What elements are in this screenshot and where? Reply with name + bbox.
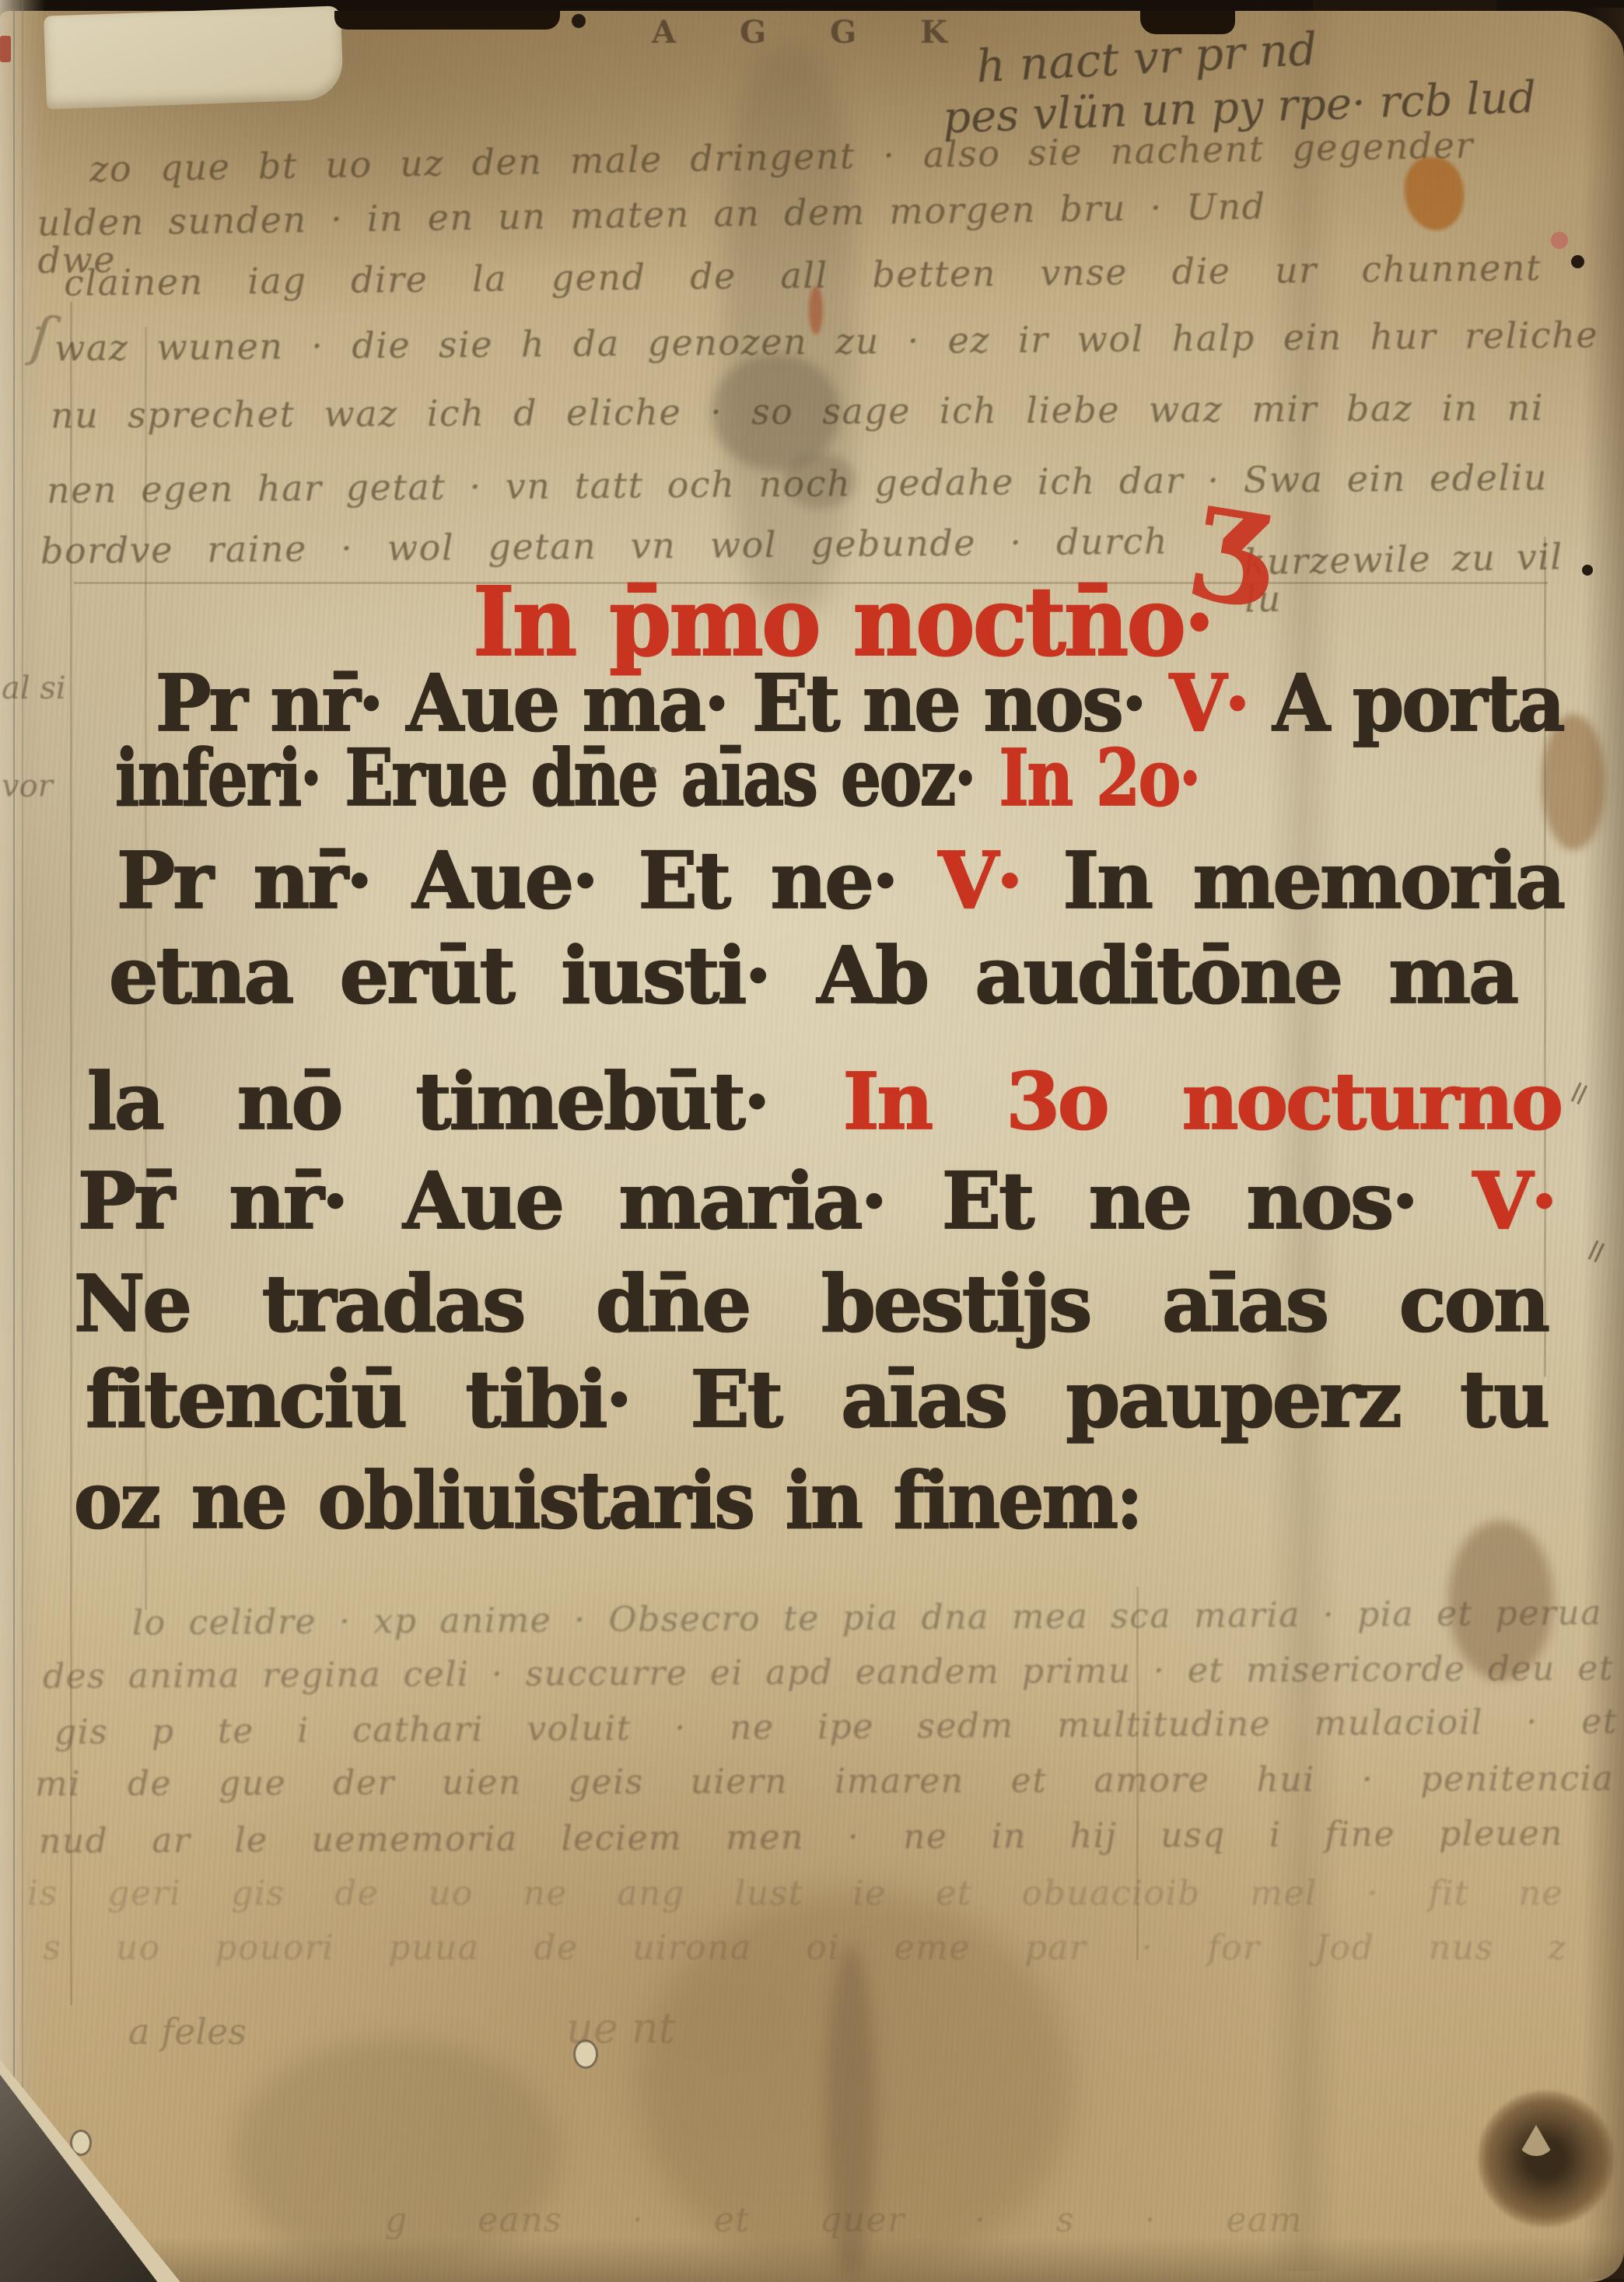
margin-scrap: vor — [2, 768, 53, 804]
faded-cursive-line: bordve raine · wol getan vn wol gebunde … — [40, 523, 1168, 570]
office-segment: A porta — [1272, 657, 1563, 749]
office-text-line: la nō timebūt· In 3o nocturno — [87, 1059, 1561, 1143]
faded-cursive-line: kurzewile zu vil lu — [1244, 537, 1564, 618]
lower-cursive-line: is geri gis de uo ne ang lust ie et obua… — [27, 1876, 1563, 1912]
repair-patch-top-left — [44, 5, 344, 109]
office-text-line: etna erūt iusti· Ab auditōne ma — [109, 933, 1517, 1017]
dark-blotch-bottom-right — [1478, 2091, 1614, 2227]
bottom-scrap: ue nt — [566, 2004, 675, 2053]
rubric-inline: In 3o nocturno — [843, 1055, 1561, 1147]
office-segment: Pr̄ nr̄· Aue maria· Et ne nos· — [78, 1155, 1416, 1247]
lower-cursive-line: des anima regina celi · succurre ei apd … — [43, 1651, 1614, 1696]
manuscript-photo: { "colors": { "parchment_mid": "#cdbb95"… — [0, 0, 1624, 2282]
bottom-scrap: a feles — [128, 2011, 247, 2053]
office-text-line: Pr nr̄· Aue· Et ne· V· In memoria — [117, 838, 1563, 922]
lower-cursive-line: mi de gue der uien geis uiern imaren et … — [35, 1761, 1614, 1802]
office-text-line: inferi· Erue dn̄e aīas eoz· In 2o· — [115, 736, 1199, 820]
office-segment: fitenciū tibi· Et aīas pauperz tu — [86, 1353, 1548, 1445]
office-text-line: fitenciū tibi· Et aīas pauperz tu — [86, 1357, 1548, 1441]
office-segment: oz ne obliuistaris in finem: — [74, 1454, 1141, 1546]
rubric-heading: In p̄mo noctn̄o· — [473, 574, 1213, 669]
wormhole — [1582, 565, 1593, 576]
binding-crease-line — [22, 0, 23, 2282]
bottom-faint-line: g eans · et quer · s · eam — [385, 2203, 1303, 2238]
office-text-line: oz ne obliuistaris in finem: — [74, 1458, 1141, 1542]
margin-scrap: al si — [2, 670, 66, 706]
office-segment: In memoria — [1062, 835, 1563, 926]
lower-cursive-line: nud ar le uememoria leciem men · ne in h… — [39, 1816, 1563, 1860]
office-segment: etna erūt iusti· Ab auditōne ma — [109, 929, 1517, 1021]
binding-crease-line — [13, 0, 15, 2282]
lower-cursive-line: s uo pouori puua de uirona oi eme par · … — [43, 1930, 1567, 1966]
office-segment: Ne tradas dn̄e bestijs aīas con — [74, 1258, 1548, 1349]
office-segment: inferi· Erue dn̄e aīas eoz· — [115, 732, 975, 824]
press-mark-letters: A G G K — [652, 14, 974, 51]
office-text-line: Ne tradas dn̄e bestijs aīas con — [74, 1262, 1548, 1346]
rubric-inline: In 2o· — [999, 732, 1199, 824]
versicle-mark: V· — [1473, 1155, 1556, 1247]
wormhole — [572, 14, 586, 28]
office-text-line: Pr̄ nr̄· Aue maria· Et ne nos· V· — [78, 1159, 1556, 1243]
pink-spot — [1551, 232, 1568, 249]
versicle-mark: V· — [938, 835, 1020, 926]
faded-cursive-line: nu sprechet waz ich d eliche · so sage i… — [51, 389, 1544, 434]
wormhole — [1571, 255, 1584, 268]
office-segment: la nō timebūt· — [87, 1055, 768, 1147]
office-segment: Pr nr̄· Aue· Et ne· — [117, 835, 897, 926]
red-edge-mark — [0, 36, 11, 62]
top-edge-dark-notch — [334, 11, 560, 30]
